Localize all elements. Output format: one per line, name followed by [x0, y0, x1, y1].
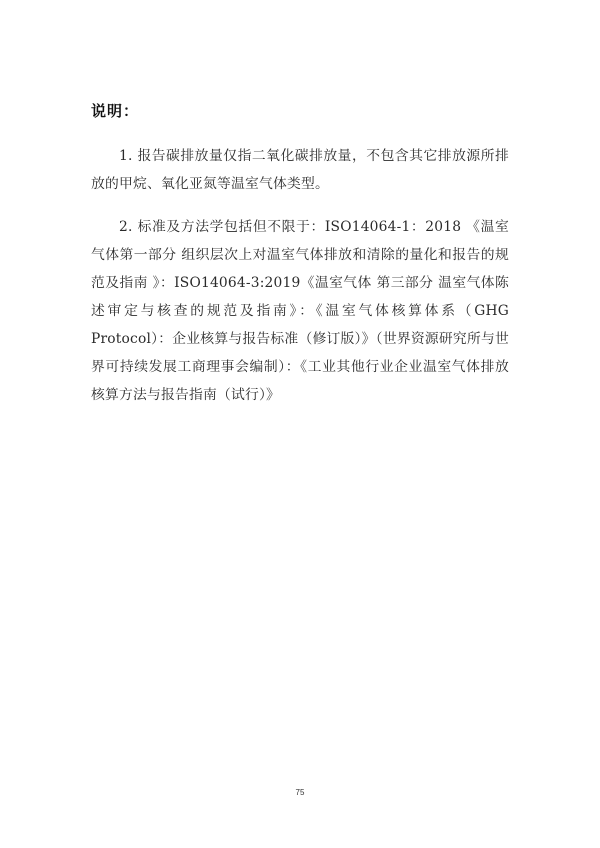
- note-paragraph-1: 1. 报告碳排放量仅指二氧化碳排放量，不包含其它排放源所排放的甲烷、氧化亚氮等温…: [91, 142, 509, 198]
- section-heading: 说明：: [91, 100, 139, 121]
- document-page: 说明： 1. 报告碳排放量仅指二氧化碳排放量，不包含其它排放源所排放的甲烷、氧化…: [0, 0, 600, 848]
- page-number: 75: [0, 788, 600, 797]
- note-paragraph-2: 2. 标准及方法学包括但不限于：ISO14064-1：2018 《温室气体第一部…: [91, 213, 509, 409]
